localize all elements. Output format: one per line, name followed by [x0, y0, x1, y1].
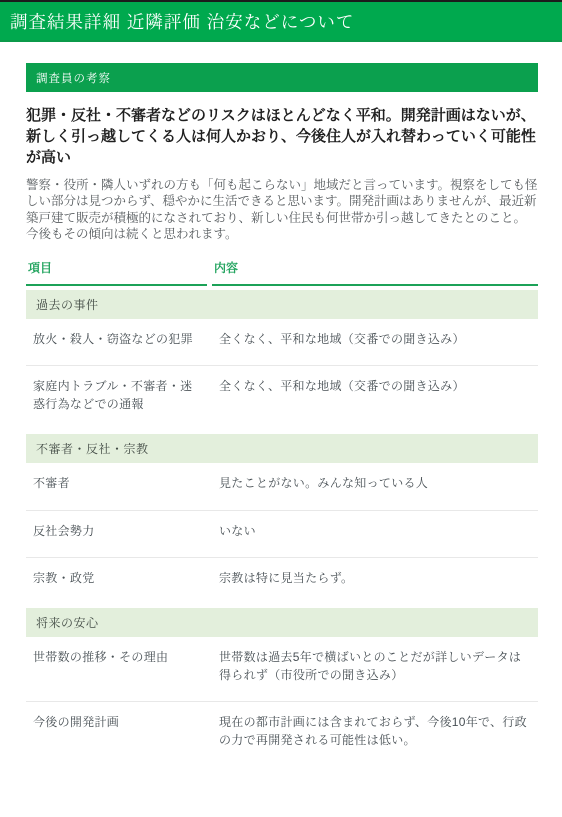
page-title: 調査結果詳細 近隣評価 治安などについて [10, 9, 354, 34]
row-item-label: 世帯数の推移・その理由 [26, 637, 207, 701]
page-header: 調査結果詳細 近隣評価 治安などについて [0, 2, 562, 42]
row-item-label: 不審者 [26, 463, 207, 509]
row-item-label: 家庭内トラブル・不審者・迷惑行為などでの通報 [26, 366, 207, 430]
row-item-label: 反社会勢力 [26, 511, 207, 557]
row-content: いない [212, 511, 538, 557]
table-row: 反社会勢力いない [26, 510, 538, 557]
results-table: 項目 内容 過去の事件放火・殺人・窃盗などの犯罪全くなく、平和な地域（交番での聞… [26, 255, 538, 766]
table-section-row: 過去の事件 [26, 290, 538, 319]
row-item-label: 今後の開発計画 [26, 702, 207, 766]
table-row: 宗教・政党宗教は特に見当たらず。 [26, 557, 538, 604]
row-content: 見たことがない。みんな知っている人 [212, 463, 538, 509]
table-section-row: 将来の安心 [26, 608, 538, 637]
table-body: 過去の事件放火・殺人・窃盗などの犯罪全くなく、平和な地域（交番での聞き込み）家庭… [26, 290, 538, 766]
table-row: 家庭内トラブル・不審者・迷惑行為などでの通報全くなく、平和な地域（交番での聞き込… [26, 365, 538, 430]
table-section-row: 不審者・反社・宗教 [26, 434, 538, 463]
row-content: 世帯数は過去5年で横ばいとのことだが詳しいデータは得られず（市役所での聞き込み） [212, 637, 538, 701]
summary-paragraph: 警察・役所・隣人いずれの方も「何も起こらない」地域だと言っています。視察をしても… [26, 177, 538, 242]
table-group: 不審者見たことがない。みんな知っている人反社会勢力いない宗教・政党宗教は特に見当… [26, 463, 538, 604]
table-group: 放火・殺人・窃盗などの犯罪全くなく、平和な地域（交番での聞き込み）家庭内トラブル… [26, 319, 538, 430]
table-row: 放火・殺人・窃盗などの犯罪全くなく、平和な地域（交番での聞き込み） [26, 319, 538, 365]
row-content: 全くなく、平和な地域（交番での聞き込み） [212, 319, 538, 365]
table-header-row: 項目 内容 [26, 255, 538, 286]
row-content: 宗教は特に見当たらず。 [212, 558, 538, 604]
column-header-item: 項目 [26, 255, 207, 286]
row-content: 現在の都市計画には含まれておらず、今後10年で、行政の力で再開発される可能性は低… [212, 702, 538, 766]
table-row: 今後の開発計画現在の都市計画には含まれておらず、今後10年で、行政の力で再開発さ… [26, 701, 538, 766]
row-item-label: 放火・殺人・窃盗などの犯罪 [26, 319, 207, 365]
row-item-label: 宗教・政党 [26, 558, 207, 604]
summary-headline: 犯罪・反社・不審者などのリスクはほとんどなく平和。開発計画はないが、新しく引っ越… [26, 105, 538, 168]
table-group: 世帯数の推移・その理由世帯数は過去5年で横ばいとのことだが詳しいデータは得られず… [26, 637, 538, 766]
main-content: 調査員の考察 犯罪・反社・不審者などのリスクはほとんどなく平和。開発計画はないが… [0, 42, 562, 766]
column-header-content: 内容 [212, 255, 538, 286]
row-content: 全くなく、平和な地域（交番での聞き込み） [212, 366, 538, 430]
section-header-bar: 調査員の考察 [26, 63, 538, 92]
table-row: 不審者見たことがない。みんな知っている人 [26, 463, 538, 509]
section-header-label: 調査員の考察 [36, 70, 111, 86]
table-row: 世帯数の推移・その理由世帯数は過去5年で横ばいとのことだが詳しいデータは得られず… [26, 637, 538, 701]
